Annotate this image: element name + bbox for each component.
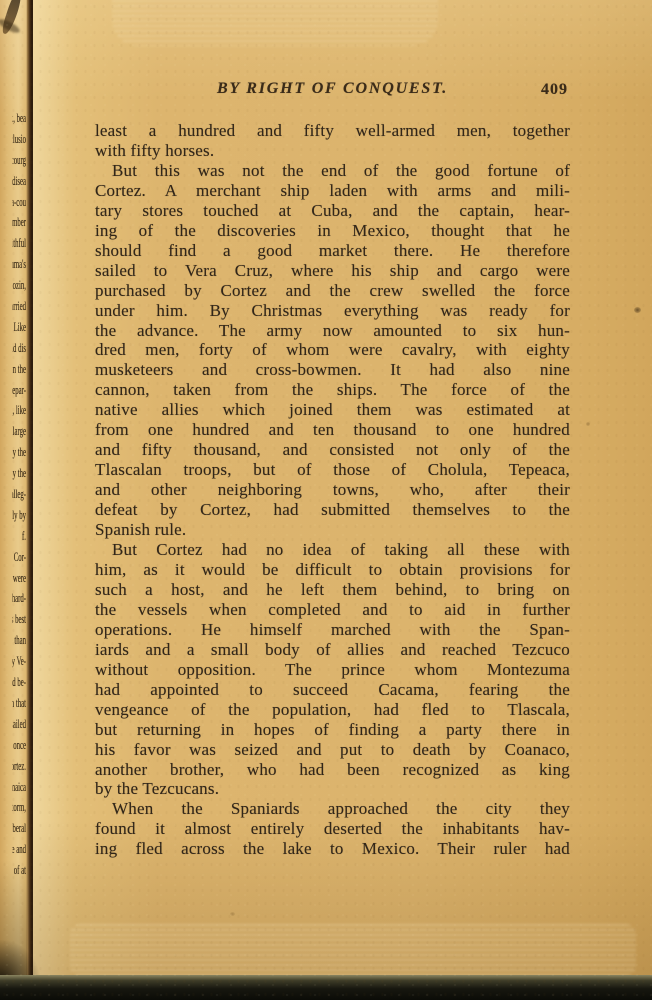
body-line: cannon, taken from the ships. The force … [95,380,570,400]
body-line: sailed to Vera Cruz, where his ship and … [95,261,570,281]
facing-page-fragment: storm, [12,797,26,818]
facing-page-fragment: e and [12,839,26,860]
body-line: and fifty thousand, and consisted not on… [95,440,570,460]
body-line: should find a good market there. He ther… [95,241,570,261]
body-line: such a host, and he left them behind, to… [95,580,570,600]
page-number: 409 [541,81,568,99]
facing-page-fragment: ir alleg- [12,484,26,505]
page-header-title: BY RIGHT OF CONQUEST. [217,80,448,97]
body-line: but returning in hopes of finding a part… [95,720,570,740]
body-line: But Cortez had no idea of taking all the… [95,540,570,560]
body-line: Cortez. A merchant ship laden with arms … [95,181,570,201]
facing-page-fragment: sea-cou [12,192,26,213]
facing-page-fragment: maica [12,777,26,798]
facing-page-fragment: t a large [12,421,26,442]
facing-page-fragment: his best [12,609,26,630]
facing-page-fragment: rk, bea [12,108,26,129]
body-line: least a hundred and fifty well-armed men… [95,121,570,141]
facing-page-fragment: ntezuma's [12,254,26,275]
facing-page-fragment: re than [12,630,26,651]
page-body-text: least a hundred and fifty well-armed men… [95,121,570,859]
body-line: Spanish rule. [95,520,570,540]
body-line: under him. By Christmas everything was r… [95,301,570,321]
body-line: operations. He himself marched with the … [95,620,570,640]
facing-page-fragment: atimozin, [12,275,26,296]
body-line: musketeers and cross-bowmen. It had also… [95,360,570,380]
body-line: vengeance of the population, had fled to… [95,700,570,720]
body-line: iards and a small body of allies and rea… [95,640,570,660]
facing-page-fragment: o were [12,568,26,589]
body-line: Tlascalan troops, but of those of Cholul… [95,460,570,480]
facing-page-fragment: had be- [12,672,26,693]
facing-page-fragment: e faithful [12,233,26,254]
body-line: without opposition. The prince whom Mont… [95,660,570,680]
body-line: by the Tezcucans. [95,779,570,799]
facing-page-fragment: rs. Like [12,317,26,338]
facing-page-fragment: l married [12,296,26,317]
body-line: and other neighboring towns, who, after … [95,480,570,500]
body-line: another brother, who had been recognized… [95,760,570,780]
facing-page-fragment: a disea [12,171,26,192]
body-line: had appointed to succeed Cacama, fearing… [95,680,570,700]
body-line: When the Spaniards approached the city t… [95,799,570,819]
body-line: native allies which joined them was esti… [95,400,570,420]
body-line: found it almost entirely deserted the in… [95,819,570,839]
body-line: him, as it would be difficult to obtain … [95,560,570,580]
facing-page-fragment: of at [12,860,26,881]
running-header: BY RIGHT OF CONQUEST. 409 [95,80,570,102]
facing-page-fragment: in that [12,693,26,714]
body-line: the advance. The army now amounted to si… [95,321,570,341]
facing-page-fragment: Cortez. [12,756,26,777]
facing-page-fragment: s sailed [12,714,26,735]
facing-page-fragment: only by [12,505,26,526]
facing-page-fragment: ico Cor- [12,547,26,568]
facing-page-fragment: f. [12,526,26,547]
facing-page-fragment: at once [12,735,26,756]
facing-page-fragment: d hard- [12,588,26,609]
facing-page-fragment: l by the [12,463,26,484]
body-line: ing fled across the lake to Mexico. Thei… [95,839,570,859]
facing-page-text-fragments: rk, beaonclusiole scourga diseasea-cout … [0,108,26,881]
body-line: ing of the discoveries in Mexico, though… [95,221,570,241]
body-line: defeat by Cortez, had submitted themselv… [95,500,570,520]
facing-page-fragment: had dis [12,338,26,359]
body-line: from one hundred and ten thousand to one… [95,420,570,440]
facing-page-fragment: t number [12,212,26,233]
body-line: But this was not the end of the good for… [95,161,570,181]
body-line: his favor was seized and put to death by… [95,740,570,760]
body-line: tary stores touched at Cuba, and the cap… [95,201,570,221]
facing-page-fragment: iberal [12,818,26,839]
facing-page-edge: rk, beaonclusiole scourga diseasea-cout … [0,0,27,1000]
book-bottom-edge [0,975,652,1000]
facing-page-fragment: prepar- [12,380,26,401]
facing-page-fragment: s on the [12,359,26,380]
facing-page-fragment: onclusio [12,129,26,150]
facing-page-fragment: le scourg [12,150,26,171]
body-line: with fifty horses. [95,141,570,161]
book-page-photo: rk, beaonclusiole scourga diseasea-cout … [0,0,652,1000]
facing-page-fragment: by Ve- [12,651,26,672]
body-line: dred men, forty of whom were cavalry, wi… [95,340,570,360]
body-line: purchased by Cortez and the crew swelled… [95,281,570,301]
facing-page-fragment: d by the [12,442,26,463]
facing-page-fragment: but, like [12,400,26,421]
body-line: the vessels when completed and to aid in… [95,600,570,620]
